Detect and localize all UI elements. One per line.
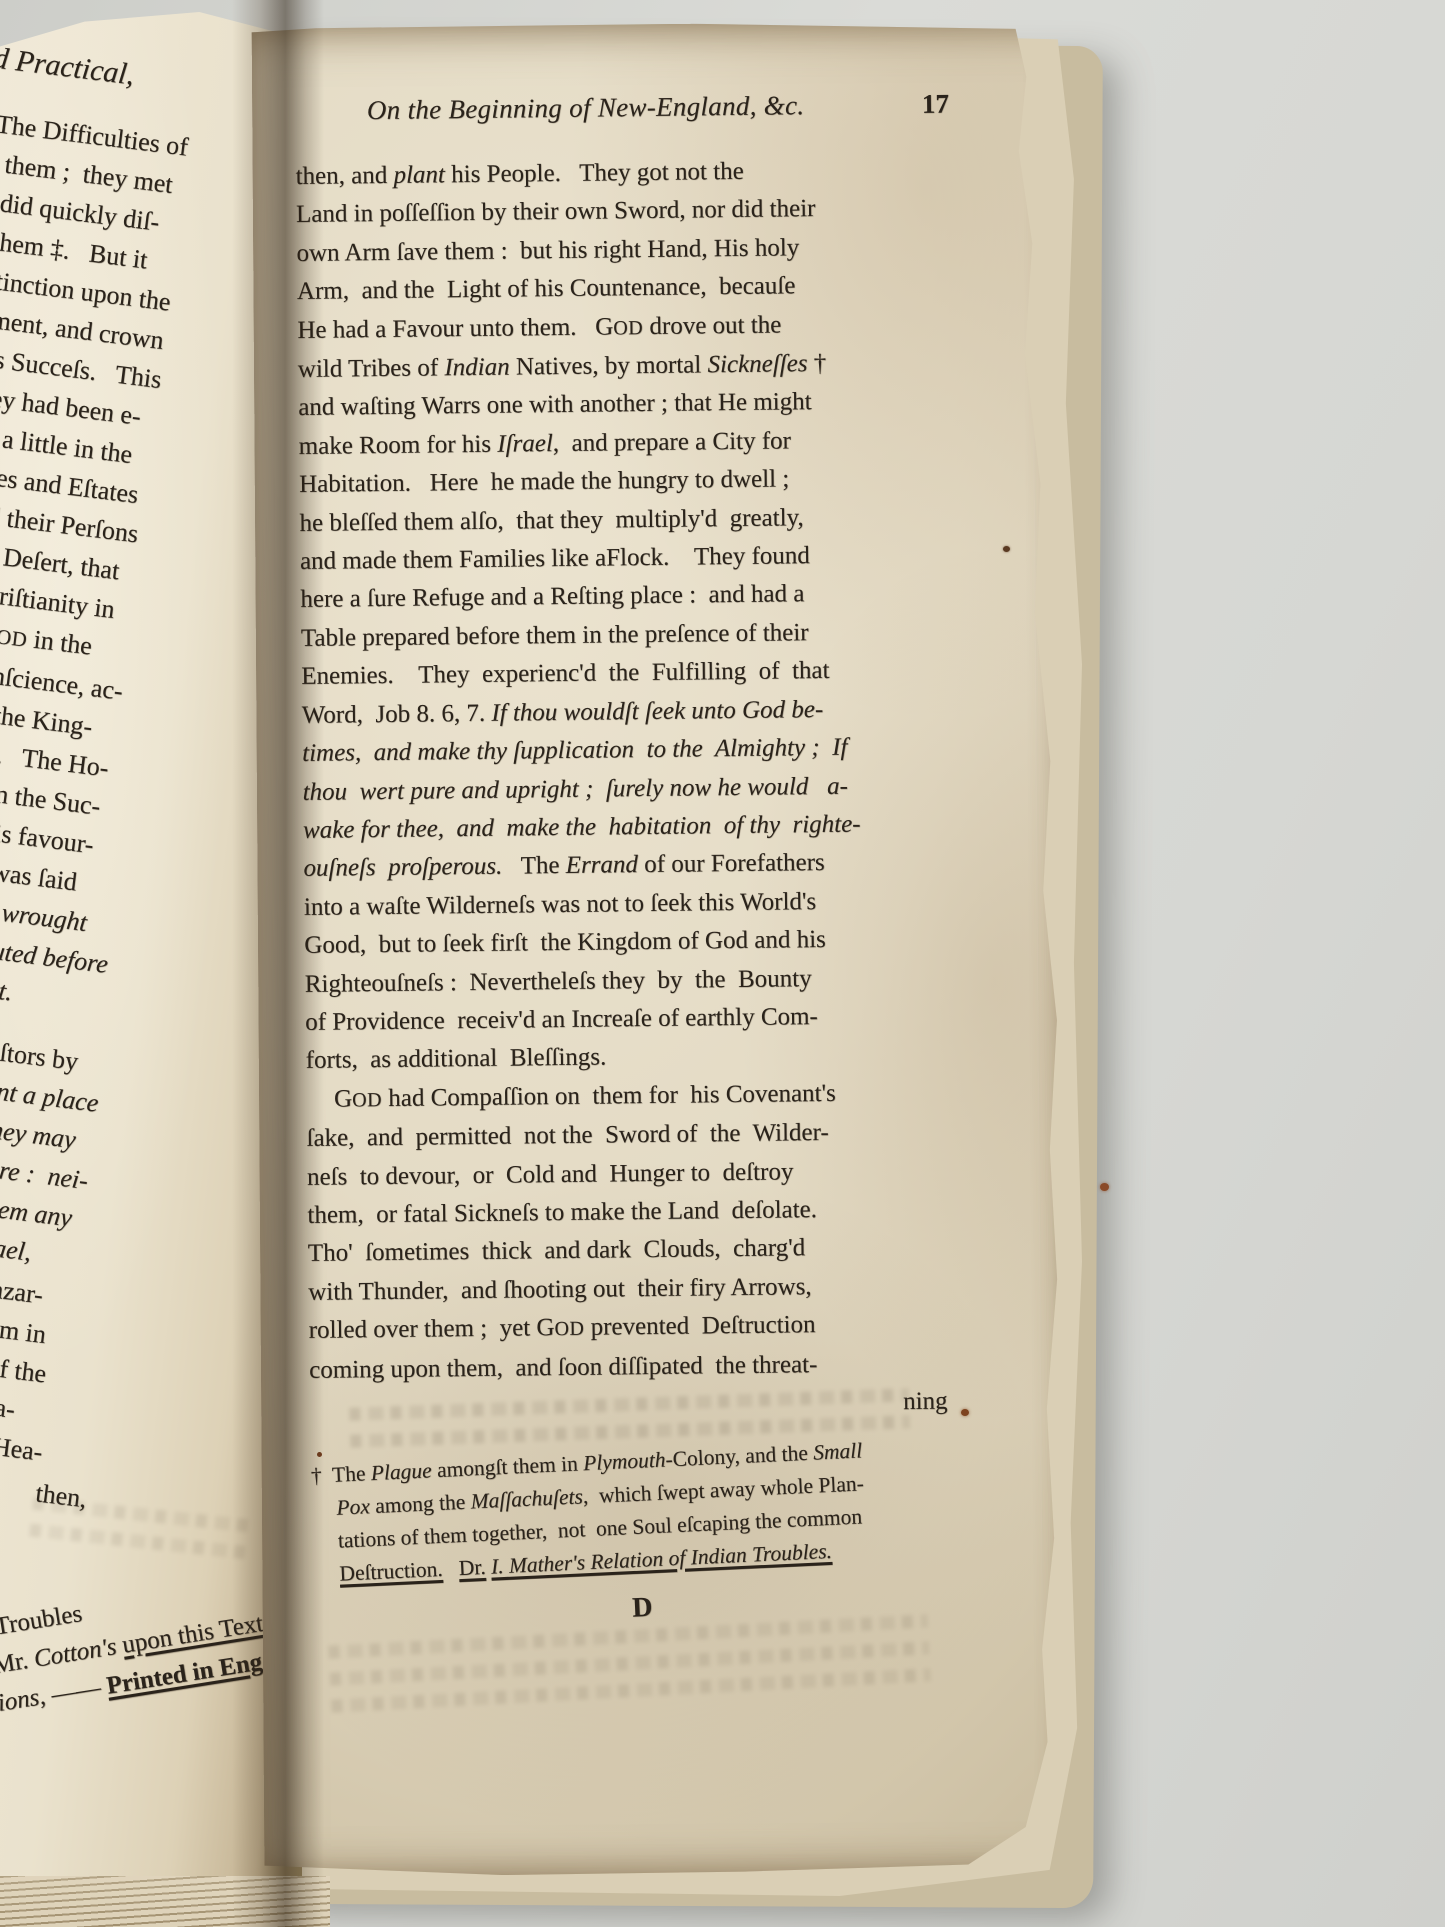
- book-photo: d Practical, ‘ The Difficulties ofor the…: [0, 0, 1445, 1927]
- bottom-page-edges: [0, 1876, 330, 1927]
- right-page: On the Beginning of New-England, &c. 17 …: [252, 21, 1065, 1877]
- footnote: † The Plague amongſt them in Plymouth-Co…: [310, 1429, 977, 1591]
- running-header: On the Beginning of New-England, &c. 17: [295, 80, 958, 146]
- page-body: then, and plant his People. They got not…: [295, 150, 971, 1389]
- catchword: ning: [309, 1382, 971, 1428]
- left-page-bottom-notes: TroublesMr. Cotton's upon this Text,tion…: [0, 1560, 302, 1724]
- page-number: 17: [922, 89, 949, 120]
- foxing-spot: [1100, 1183, 1109, 1191]
- right-page-text: On the Beginning of New-England, &c. 17 …: [295, 80, 974, 1627]
- running-header-title: On the Beginning of New-England, &c.: [367, 90, 805, 126]
